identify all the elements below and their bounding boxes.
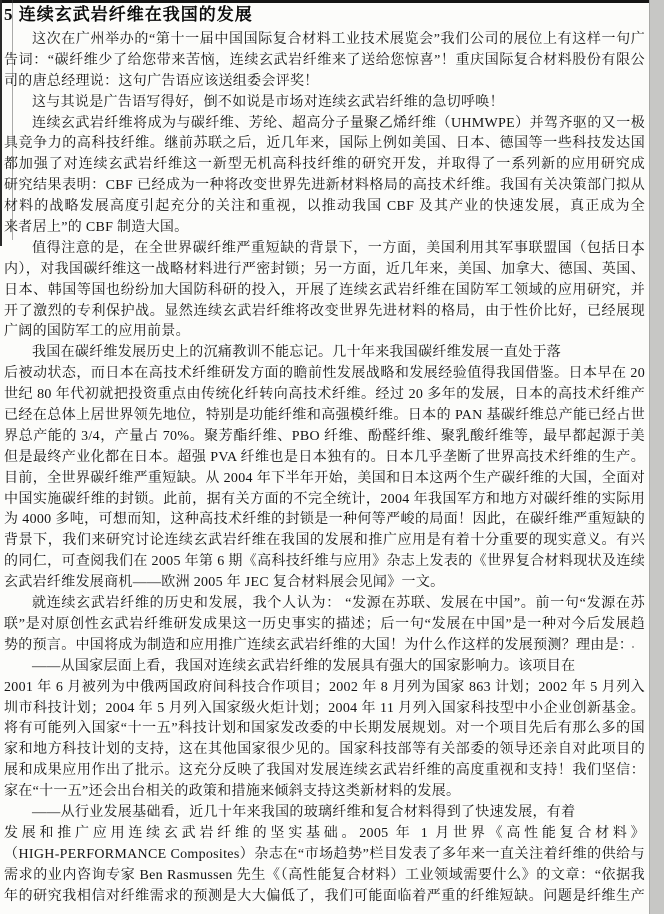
text-line: 玄武岩纤维发展商机——欧洲 2005 年 JEC 复合材料展会见闻》一文。 <box>4 573 645 594</box>
text-line: 为 4000 多吨，可想而知，这种高技术纤维的封锁是一种何等严峻的局面！因此，在… <box>4 510 645 531</box>
text-line: 世纪 80 年代初就把投资重点由传统化纤转向高技术纤维。经过 20 多年的发展，… <box>4 385 645 406</box>
text-line: 家在“十一五”还会出台相关的政策和措施来倾斜支持这类新材料的发展。 <box>4 782 645 803</box>
text-line: 广阔的国防军工的应用前景。 <box>4 322 645 343</box>
text-line: 联”是对原创性玄武岩纤维研发成果这一历史事实的描述；后一句“发展在中国”是一种对… <box>4 615 645 636</box>
text-line: 的同仁，可查阅我们在 2005 年第 6 期《高科技纤维与应用》杂志上发表的《世… <box>4 552 645 573</box>
text-line: 界总产能的 3/4，产量占 70%。聚芳酯纤维、PBO 纤维、酚醛纤维、聚乳酸纤… <box>4 427 645 448</box>
text-line: 日本、韩国等国也纷纷加大国防科研的投入，开展了连续玄武岩纤维在国防军工领域的应用… <box>4 281 645 302</box>
text-line: 2001 年 6 月被列为中俄两国政府间科技合作项目；2002 年 8 月列为国… <box>4 678 645 699</box>
text-line: 来者居上”的 CBF 制造大国。 <box>4 218 645 239</box>
document-body: 这次在广州举办的“第十一届中国国际复合材料工业技术展览会”我们公司的展位上有这样… <box>0 30 664 907</box>
text-line: 背景下，我们来研究讨论连续玄武岩纤维在我国的发展和推广应用是有着十分重要的现实意… <box>4 531 645 552</box>
text-line: 我国在碳纤维发展历史上的沉痛教训不能忘记。几十年来我国碳纤维发展一直处于落 <box>4 343 645 364</box>
text-line: 研究结果表明：CBF 已经成为一种将改变世界先进新材料格局的高技术纤维。我国有关… <box>4 176 645 197</box>
text-line: 值得注意的是，在全世界碳纤维严重短缺的背景下，一方面，美国利用其军事联盟国（包括… <box>4 239 645 260</box>
text-line: 司的唐总经理说：这句广告语应该送组委会评奖！ <box>4 72 645 93</box>
text-line: 告词：“碳纤维少了给您带来苦恼，连续玄武岩纤维来了送给您惊喜”！重庆国际复合材料… <box>4 51 645 72</box>
text-line: 已经在总体上居世界领先地位，特别是功能纤维和高强模纤维。日本的 PAN 基碳纤维… <box>4 406 645 427</box>
text-line: 后被动状态，而日本在高技术纤维研发方面的瞻前性发展战略和发展经验值得我国借鉴。日… <box>4 364 645 385</box>
text-line: 展和成果应用作出了批示。这充分反映了我国对发展连续玄武岩纤维的高度重视和支持！我… <box>4 761 645 782</box>
text-line: 目前，全世界碳纤维严重短缺。从 2004 年下半年开始，美国和日本这两个生产碳纤… <box>4 469 645 490</box>
text-line: 圳市科技计划；2004 年 5 月列入国家级火炬计划；2004 年 11 月列入… <box>4 699 645 720</box>
text-line: 这与其说是广告语写得好，倒不如说是市场对连续玄武岩纤维的急切呼唤！ <box>4 93 645 114</box>
text-line: 中国实施碳纤维的封锁。此前，据有关方面的不完全统计，2004 年我国军方和地方对… <box>4 490 645 511</box>
text-line: 开了激烈的专利保护战。显然连续玄武岩纤维将改变世界先进材料的格局，由于性价比好，… <box>4 302 645 323</box>
text-line: 但是最终产业化都在日本。超强 PVA 纤维也是日本独有的。日本几乎垄断了世界高技… <box>4 448 645 469</box>
section-title: 5 连续玄武岩纤维在我国的发展 <box>0 0 664 27</box>
text-line: 将有可能列入国家“十一五”科技计划和国家发改委的中长期发展规划。对一个项目先后有… <box>4 719 645 740</box>
text-line: 连续玄武岩纤维将成为与碳纤维、芳纶、超高分子量聚乙烯纤维（UHMWPE）并驾齐驱… <box>4 114 645 135</box>
text-line: ——从国家层面上看，我国对连续玄武岩纤维的发展具有强大的国家影响力。该项目在 <box>4 657 645 678</box>
text-line: 需求的业内咨询专家 Ben Rasmussen 先生《（高性能复合材料）工业领域… <box>4 866 645 887</box>
text-line: （HIGH-PERFORMANCE Composites）杂志在“市场趋势”栏目… <box>4 845 645 866</box>
text-line: 都加强了对连续玄武岩纤维这一新型无机高科技纤维的研究开发，并取得了一系列新的应用… <box>4 155 645 176</box>
scanned-document-page: 5 连续玄武岩纤维在我国的发展 这次在广州举办的“第十一届中国国际复合材料工业技… <box>0 0 664 914</box>
text-line: 发展和推广应用连续玄武岩纤维的坚实基础。2005 年 1 月世界《高性能复合材料… <box>4 824 645 845</box>
text-line: 家和地方科技计划的支持，这在其他国家很少见的。国家科技部等有关部委的领导还亲自对… <box>4 740 645 761</box>
text-line: 年的研究我相信对纤维需求的预测是大大偏低了，我们可能面临着严重的纤维短缺。问题是… <box>4 887 645 908</box>
text-line: 势的预言。中国将成为制造和应用推广连续玄武岩纤维的大国！为什么作这样的发展预测？… <box>4 636 645 657</box>
text-line: 材料的战略发展高度引起充分的关注和重视，以推动我国 CBF 及其产业的快速发展，… <box>4 197 645 218</box>
text-line: 就连续玄武岩纤维的历史和发展，我个人认为： “发源在苏联、发展在中国”。前一句“… <box>4 594 645 615</box>
text-line: 内），对我国碳纤维这一战略材料进行严密封锁；另一方面，近几年来，美国、加拿大、德… <box>4 260 645 281</box>
text-line: 具竞争力的高科技纤维。继前苏联之后，近几年来，国际上例如美国、日本、德国等一些科… <box>4 134 645 155</box>
text-line: ——从行业发展基础看，近几十年来我国的玻璃纤维和复合材料得到了快速发展，有着 <box>4 803 645 824</box>
text-line: 这次在广州举办的“第十一届中国国际复合材料工业技术展览会”我们公司的展位上有这样… <box>4 30 645 51</box>
